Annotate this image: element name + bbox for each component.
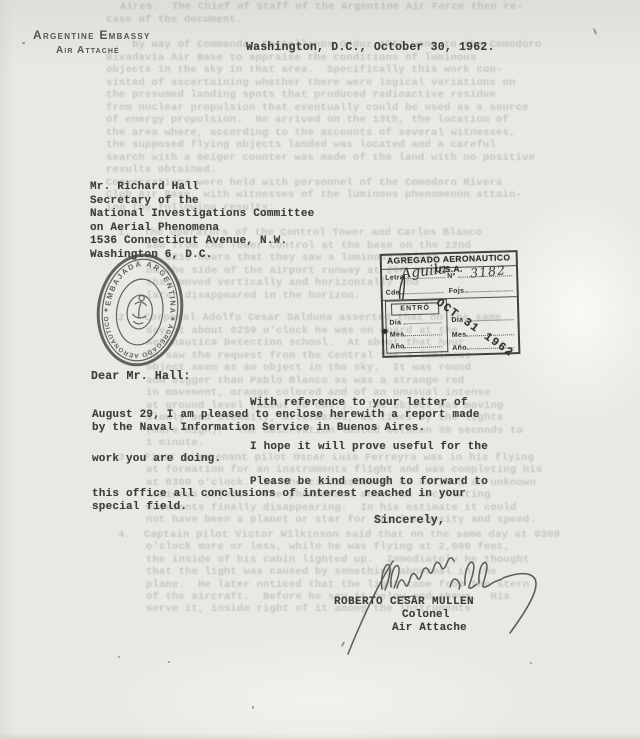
letter-paragraph-3: Please be kind enough to forward tothis … bbox=[64, 476, 544, 513]
bleedthrough-line: objects in the sky in that area. Specifi… bbox=[106, 64, 503, 76]
paper-speck bbox=[168, 661, 170, 663]
bleedthrough-line: sisted of ascertaining whether there wer… bbox=[106, 77, 516, 89]
letter-line: this office all conclusions of interest … bbox=[92, 488, 544, 500]
svg-text:★ AGREGADO AERONAUTICO ★: ★ AGREGADO AERONAUTICO ★ bbox=[97, 306, 177, 364]
letter-line: With reference to your letter of bbox=[250, 397, 544, 409]
recipient-line: on Aerial Phenomena bbox=[90, 222, 314, 236]
letter-line: by the Naval Information Service in Buen… bbox=[92, 422, 544, 434]
recipient-line: National Investigations Committee bbox=[90, 208, 314, 222]
letter-line: work you are doing. bbox=[92, 453, 544, 465]
signee-rank: Colonel bbox=[402, 609, 450, 621]
bleedthrough-line: of energy propulsion. He arrived on the … bbox=[106, 114, 509, 126]
letter-line: special field. bbox=[92, 501, 544, 513]
bleedthrough-line: 4. Captain pilot Victor Wilkinson said t… bbox=[118, 529, 560, 541]
recipient-line: Secretary of the bbox=[90, 195, 314, 209]
seal-top-text: EMBAJADA ARGENTINA bbox=[103, 254, 184, 315]
closing: Sincerely, bbox=[374, 514, 445, 527]
bleedthrough-line: the presumed landing spots that produced… bbox=[106, 89, 496, 101]
letterhead-embassy-name: Argentine Embassy bbox=[33, 28, 151, 42]
letter-paragraph-2: I hope it will prove useful for thework … bbox=[64, 441, 544, 466]
letter-line: August 29, I am pleased to enclose herew… bbox=[92, 409, 544, 421]
paper-speck bbox=[593, 28, 598, 35]
bleedthrough-line: not have been a planet or star for its l… bbox=[146, 514, 536, 526]
bleedthrough-line: Aires. The Chief of Staff of the Argenti… bbox=[120, 1, 523, 13]
letter-paragraph-1: With reference to your letter ofAugust 2… bbox=[64, 397, 544, 434]
receipt-stamp: AGREGADO AERONAUTICO U.S.A. Letra Nº Agu… bbox=[380, 250, 521, 358]
signee-name: ROBERTO CESAR MULLEN bbox=[334, 596, 474, 608]
paper-speck bbox=[252, 706, 254, 709]
letter-line: Please be kind enough to forward to bbox=[250, 476, 544, 488]
scanned-letter-page: Aires. The Chief of Staff of the Argenti… bbox=[0, 0, 640, 739]
paper-speck bbox=[530, 662, 532, 664]
bleedthrough-line: from nuclear propulsion that eventually … bbox=[106, 102, 529, 114]
bleedthrough-line: results obtained. bbox=[106, 164, 217, 176]
signature bbox=[330, 548, 570, 668]
bleedthrough-line: and bigger than Pablo Blanco as was a st… bbox=[146, 375, 465, 387]
paper-speck bbox=[118, 656, 120, 658]
embassy-seal-stamp: EMBAJADA ARGENTINA ★ AGREGADO AERONAUTIC… bbox=[84, 246, 196, 374]
bleedthrough-line: search with a Geiger counter was made of… bbox=[106, 152, 535, 164]
paper-speck bbox=[22, 42, 25, 44]
recipient-line: Mr. Richard Hall bbox=[90, 181, 314, 195]
dateline: Washington, D.C., October 30, 1962. bbox=[246, 41, 495, 54]
signee-title: Air Attache bbox=[392, 622, 467, 634]
letter-line: I hope it will prove useful for the bbox=[250, 441, 544, 453]
seal-coat-of-arms bbox=[125, 293, 154, 330]
bleedthrough-line: the area where, according to the account… bbox=[106, 127, 516, 139]
svg-text:EMBAJADA ARGENTINA: EMBAJADA ARGENTINA bbox=[103, 254, 184, 315]
seal-bottom-text: ★ AGREGADO AERONAUTICO ★ bbox=[97, 306, 177, 364]
salutation: Dear Mr. Hall: bbox=[91, 370, 190, 383]
bleedthrough-line: the supposed flying objects landed was l… bbox=[106, 139, 496, 151]
letterhead-air-attache: Air Attaché bbox=[56, 45, 120, 56]
handwritten-checkmark bbox=[382, 252, 519, 356]
bleedthrough-line: case of the document. bbox=[106, 14, 243, 26]
